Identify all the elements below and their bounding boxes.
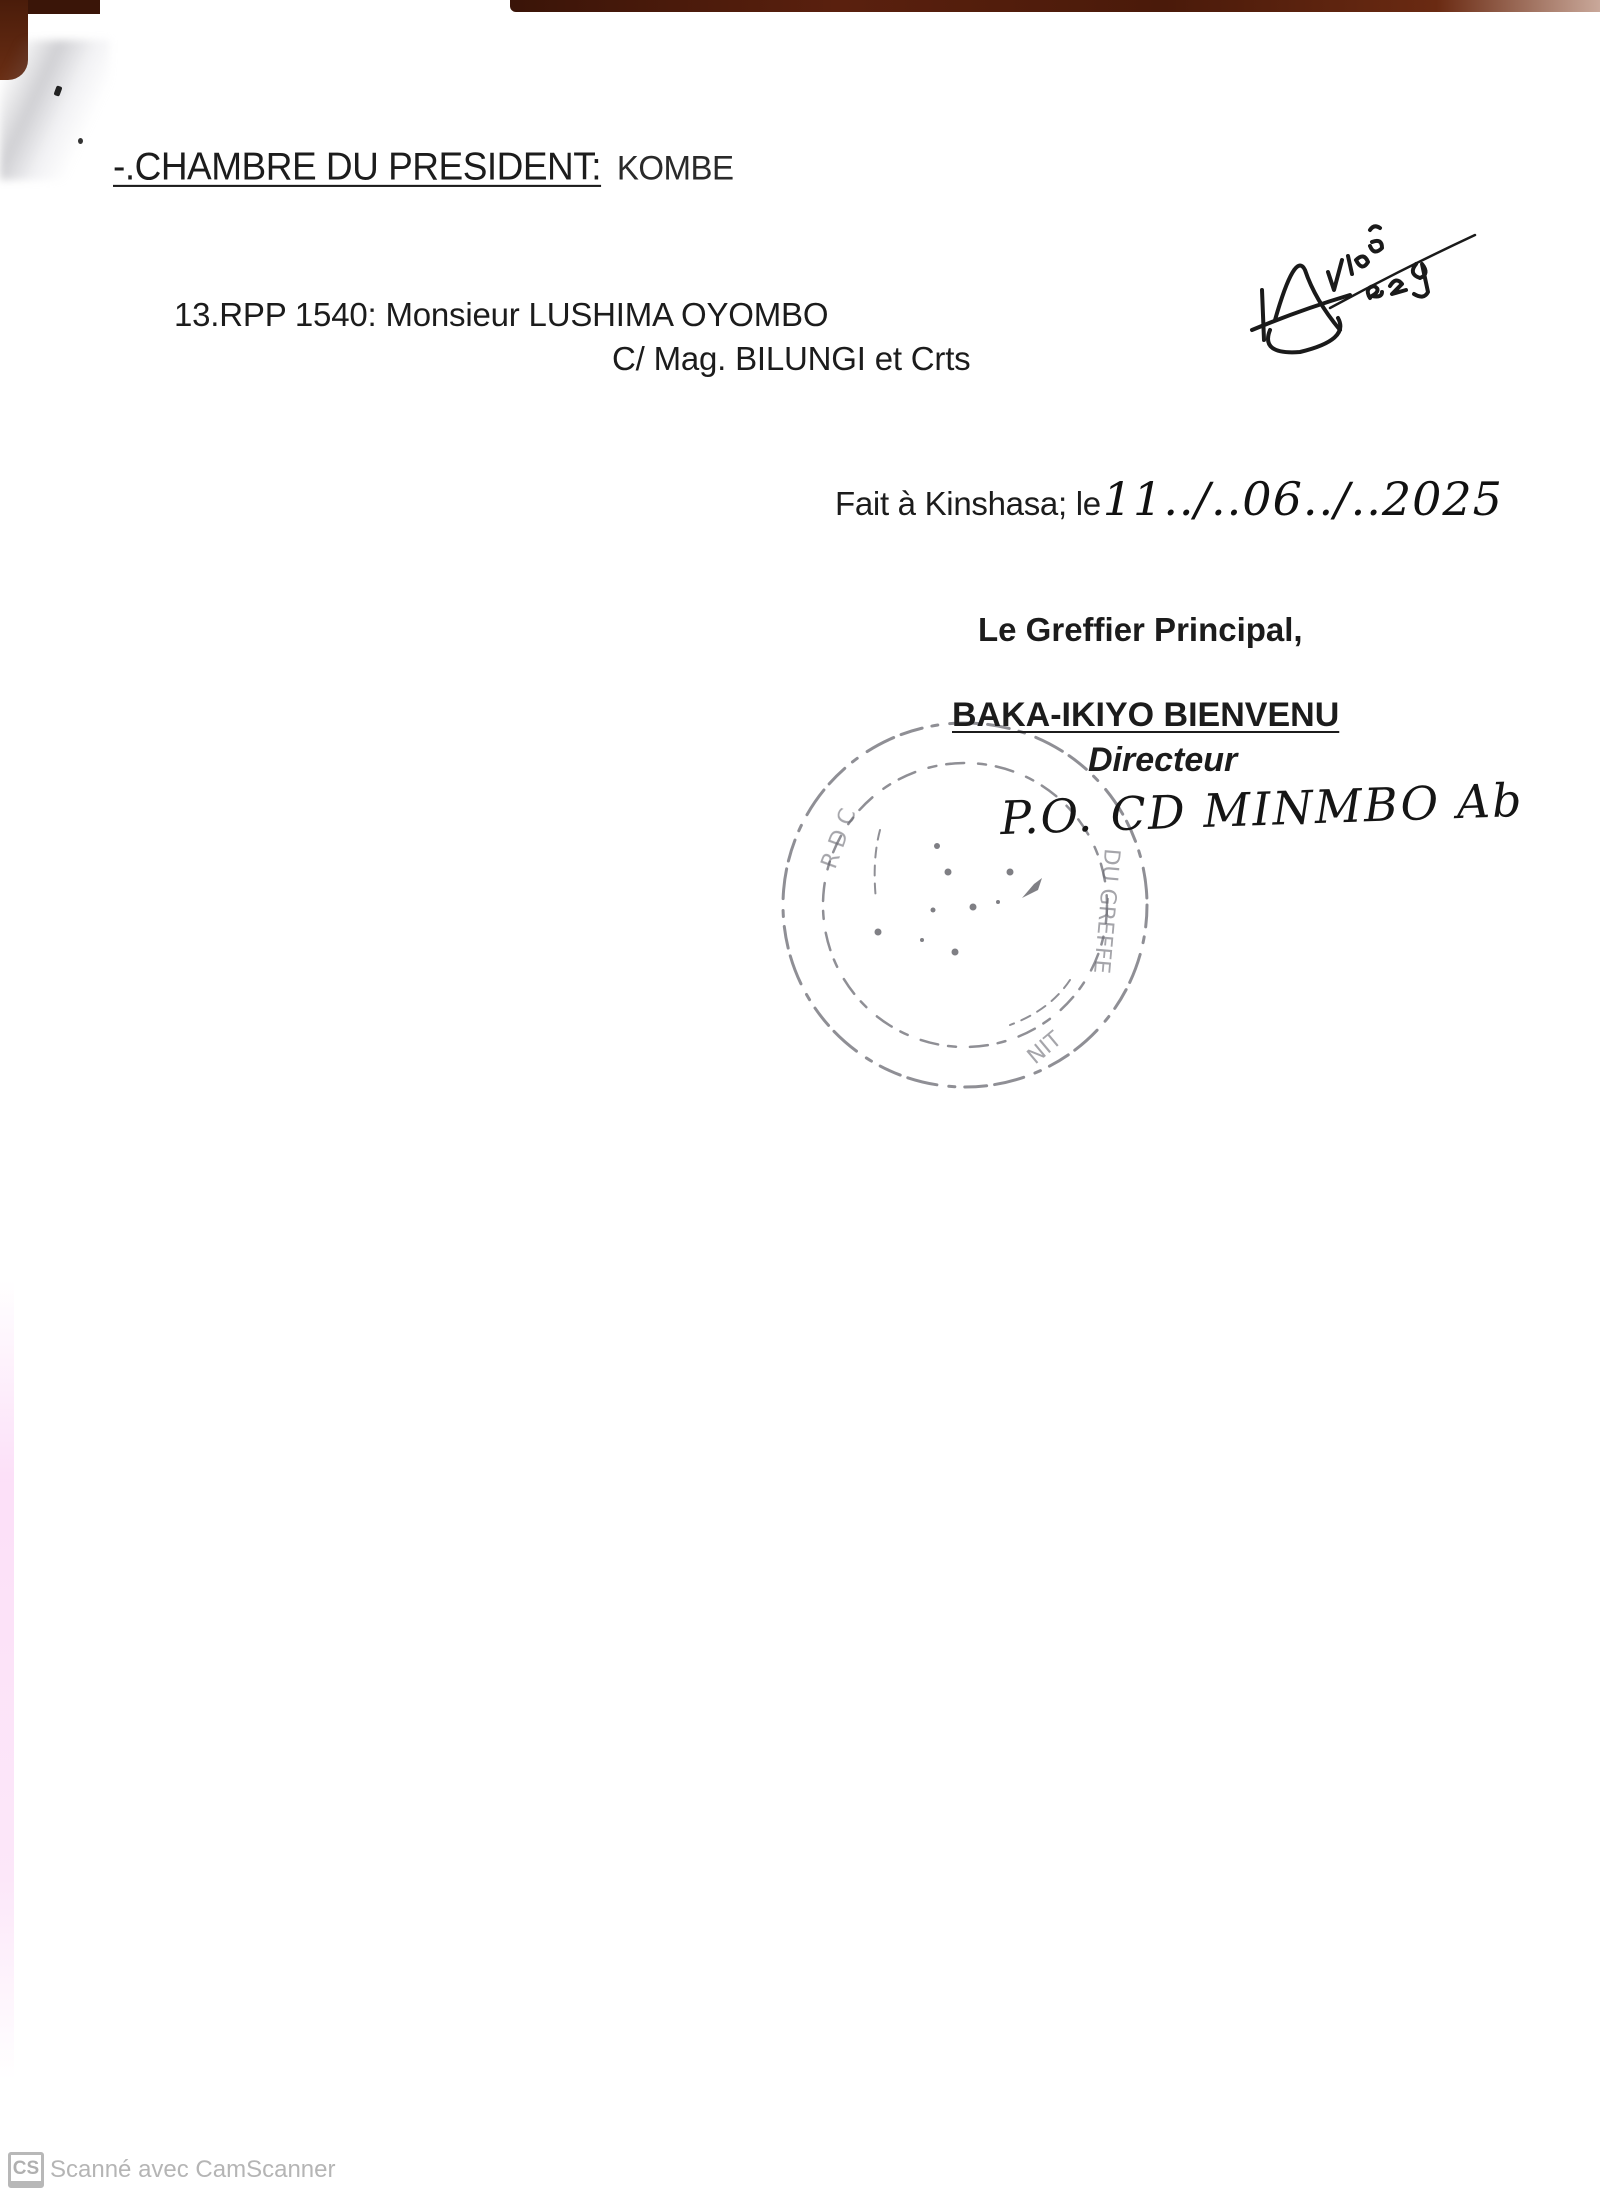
svg-text:NIT: NIT xyxy=(1023,1027,1067,1070)
handwritten-signature-icon xyxy=(1220,190,1480,360)
signatory-title: Directeur xyxy=(1088,741,1237,780)
svg-text:R D C: R D C xyxy=(817,806,862,872)
camscanner-watermark: CS Scanné avec CamScanner xyxy=(8,2152,336,2188)
chamber-heading: -.CHAMBRE DU PRESIDENT: KOMBE xyxy=(113,145,734,189)
chamber-judge: KOMBE xyxy=(617,148,734,187)
chamber-label: -.CHAMBRE DU PRESIDENT: xyxy=(113,145,601,188)
case-entry-line1: 13.RPP 1540: Monsieur LUSHIMA OYOMBO xyxy=(174,296,828,334)
scan-shadow xyxy=(0,40,110,180)
signatory-name: BAKA-IKIYO BIENVENU xyxy=(952,696,1339,735)
place-date: Fait à Kinshasa; le11../..06../..2025 xyxy=(835,472,1503,526)
handwritten-date: 11../..06../..2025 xyxy=(1103,472,1503,526)
scan-edge-top xyxy=(510,0,1600,12)
signatory-role: Le Greffier Principal, xyxy=(978,611,1303,649)
watermark-text: Scanné avec CamScanner xyxy=(50,2156,336,2184)
ink-speck xyxy=(78,138,83,144)
svg-text:DU GREFFE: DU GREFFE xyxy=(1088,847,1124,974)
place-date-prefix: Fait à Kinshasa; le xyxy=(835,485,1101,522)
case-entry-line2: C/ Mag. BILUNGI et Crts xyxy=(612,340,970,378)
scan-tint-edge xyxy=(0,1280,14,2080)
camscanner-logo-icon: CS xyxy=(8,2152,44,2188)
